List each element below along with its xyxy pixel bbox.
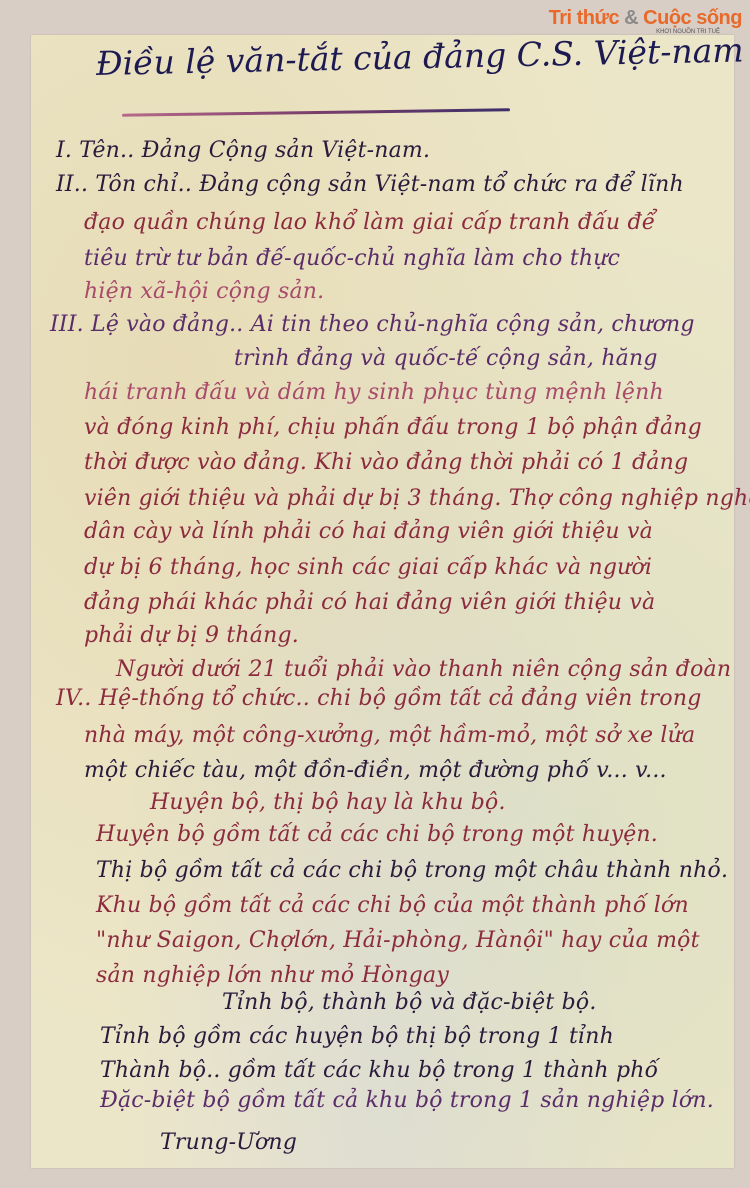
manuscript-line: thời được vào đảng. Khi vào đảng thời ph… xyxy=(84,450,688,475)
manuscript-line: II.. Tôn chỉ.. Đảng cộng sản Việt-nam tổ… xyxy=(56,172,684,197)
manuscript-line: Thị bộ gồm tất cả các chi bộ trong một c… xyxy=(96,858,728,883)
manuscript-line: và đóng kinh phí, chịu phấn đấu trong 1 … xyxy=(84,415,702,440)
manuscript-line: III. Lệ vào đảng.. Ai tin theo chủ-nghĩa… xyxy=(50,312,695,337)
manuscript-line: Tỉnh bộ gồm các huyện bộ thị bộ trong 1 … xyxy=(100,1024,614,1049)
watermark-ampersand: & xyxy=(624,7,638,29)
manuscript-line: "như Saigon, Chợlớn, Hải-phòng, Hànội" h… xyxy=(96,928,700,953)
watermark-brand: Tri thức & Cuộc sống xyxy=(549,8,742,28)
manuscript-line: dự bị 6 tháng, học sinh các giai cấp khá… xyxy=(84,555,652,580)
manuscript-line: dân cày và lính phải có hai đảng viên gi… xyxy=(84,519,653,544)
manuscript-line: Người dưới 21 tuổi phải vào thanh niên c… xyxy=(116,657,731,682)
manuscript-line: Thành bộ.. gồm tất các khu bộ trong 1 th… xyxy=(100,1058,658,1083)
manuscript-line: I. Tên.. Đảng Cộng sản Việt-nam. xyxy=(56,138,430,163)
manuscript-line: phải dự bị 9 tháng. xyxy=(84,623,299,648)
manuscript-line: trình đảng và quốc-tế cộng sản, hăng xyxy=(234,346,658,371)
watermark-brand-part2: Cuộc sống xyxy=(643,7,742,29)
manuscript-line: Tỉnh bộ, thành bộ và đặc-biệt bộ. xyxy=(222,990,597,1015)
manuscript-line: một chiếc tàu, một đồn-điền, một đường p… xyxy=(84,758,667,783)
manuscript-line: Huyện bộ, thị bộ hay là khu bộ. xyxy=(150,790,506,815)
manuscript-line: tiêu trừ tư bản đế-quốc-chủ nghĩa làm ch… xyxy=(84,246,620,271)
manuscript-line: Khu bộ gồm tất cả các chi bộ của một thà… xyxy=(96,893,689,918)
manuscript-line: đảng phái khác phải có hai đảng viên giớ… xyxy=(84,590,655,615)
manuscript-line: Đặc-biệt bộ gồm tất cả khu bộ trong 1 sả… xyxy=(100,1088,714,1113)
manuscript-line: hiện xã-hội cộng sản. xyxy=(84,279,324,304)
manuscript-line: nhà máy, một công-xưởng, một hầm-mỏ, một… xyxy=(84,723,695,748)
manuscript-line: hái tranh đấu và dám hy sinh phục tùng m… xyxy=(84,380,664,405)
manuscript-line: sản nghiệp lớn như mỏ Hòngay xyxy=(96,963,449,988)
manuscript-line: viên giới thiệu và phải dự bị 3 tháng. T… xyxy=(84,486,750,511)
manuscript-line: đạo quần chúng lao khổ làm giai cấp tran… xyxy=(84,210,655,235)
watermark-brand-part1: Tri thức xyxy=(549,7,620,29)
manuscript-line: Trung-Ương xyxy=(160,1130,297,1155)
manuscript-line: Huyện bộ gồm tất cả các chi bộ trong một… xyxy=(96,822,658,847)
manuscript-line: IV.. Hệ-thống tổ chức.. chi bộ gồm tất c… xyxy=(56,686,702,711)
